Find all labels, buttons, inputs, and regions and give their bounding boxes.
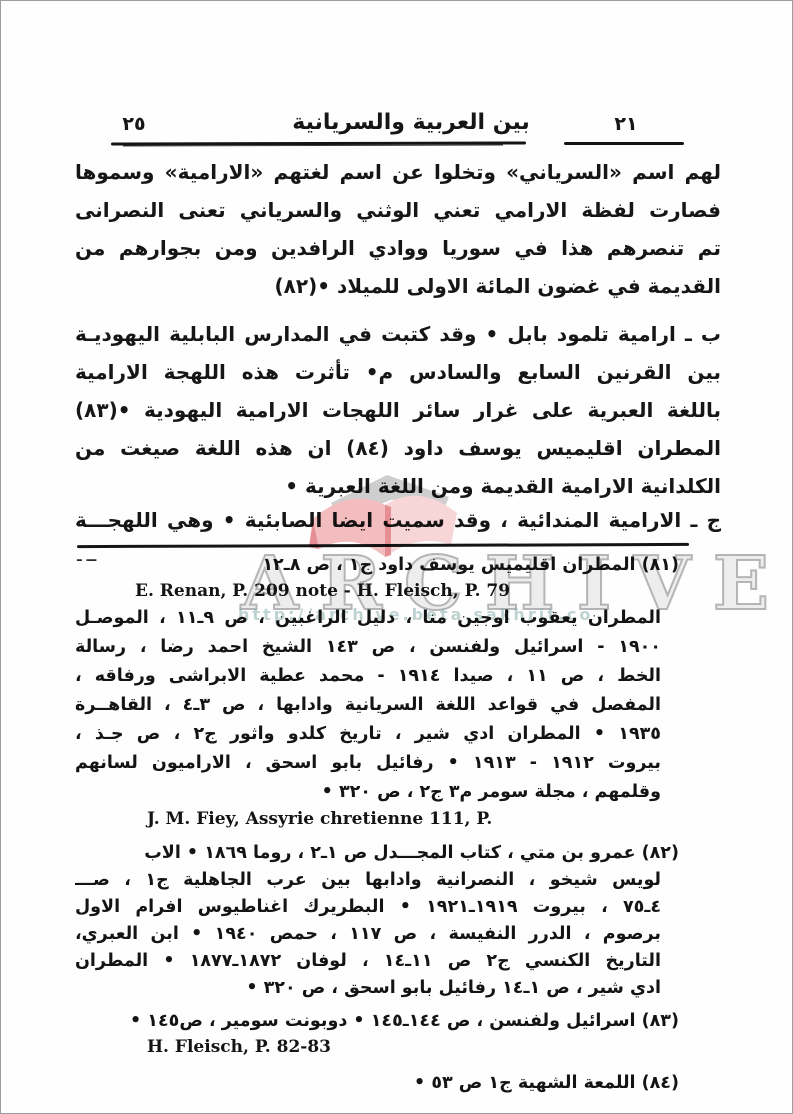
- running-title: بين العربية والسريانية: [291, 110, 531, 135]
- footnote-82-line: التاريخ الكنسي ج٢ ص ١١ـ١٤ ، لوفان ١٨٧٢ـ١…: [75, 948, 661, 975]
- footnote-82-line: ٤ـ٧٥ ، بيروت ١٩١٩ـ١٩٢١ • البطريرك اغناطي…: [75, 894, 661, 921]
- body-line: لهم اسم «السرياني» وتخلوا عن اسم لغتهم «…: [75, 153, 721, 191]
- paragraph-b: ب ـ ارامية تلمود بابل • وقد كتبت في المد…: [75, 315, 721, 505]
- body-line: المطران اقليميس يوسف داود (٨٤) ان هذه ال…: [75, 429, 721, 467]
- footnote-82-line: برصوم ، الدرر النفيسة ، ص ١١٧ ، حمص ١٩٤٠…: [75, 921, 661, 948]
- paragraph-c: ج ـ الارامية المندائية ، وقد سميت ايضا ا…: [75, 501, 721, 539]
- body-line: فصارت لفظة الارامي تعني الوثني والسرياني…: [75, 191, 721, 229]
- footnote-81-line: المفصل في قواعد اللغة السريانية وادابها …: [75, 691, 661, 720]
- footnote-81-latin-citation: J. M. Fiey, Assyrie chretienne 111, P.: [75, 807, 661, 832]
- folio-number-left: ٢٥: [109, 113, 159, 135]
- footnote-82-line: ادي شير ، ص ١ـ١٤ رفائيل بابو اسحق ، ص ٣٢…: [75, 975, 661, 1002]
- header-rule-long: [111, 141, 526, 145]
- scanned-book-page: ٢٥ بين العربية والسريانية ٢١ لهم اسم «ال…: [0, 0, 793, 1114]
- body-line: القديمة في غضون المائة الاولى للميلاد •(…: [75, 267, 721, 305]
- body-line: ج ـ الارامية المندائية ، وقد سميت ايضا ا…: [75, 501, 721, 539]
- body-line: باللغة العبرية على غرار سائر اللهجات الا…: [75, 391, 721, 429]
- footnote-separator-rule: [77, 543, 689, 548]
- footnote-81-line: وقلمهم ، مجلة سومر م٣ ج٢ ، ص ٣٢٠ •: [75, 778, 661, 807]
- footnote-81-line: (٨١) المطران اقليميس يوسف داود ج١ ، ص ٨ـ…: [75, 552, 679, 579]
- footnote-84-line: (٨٤) اللمعة الشهية ج١ ص ٥٣ •: [75, 1070, 679, 1097]
- footnote-81-line: المطران يعقوب اوجين منا ، دليل الراغبين …: [75, 604, 661, 633]
- body-line: بين القرنين السابع والسادس م• تأثرت هذه …: [75, 353, 721, 391]
- footnote-82-line: (٨٢) عمرو بن متي ، كتاب المجـــدل ص ١ـ٢ …: [75, 840, 679, 867]
- footnote-81-line: بيروت ١٩١٢ - ١٩١٣ • رفائيل بابو اسحق ، ا…: [75, 749, 661, 778]
- footnote-83-line: (٨٣) اسرائيل ولفنسن ، ص ١٤٤ـ١٤٥ • دوبونت…: [75, 1008, 679, 1035]
- footnote-81-line: ١٩٠٠ - اسرائيل ولفنسن ، ص ١٤٣ الشيخ احمد…: [75, 633, 661, 662]
- footnotes-block: (٨١) المطران اقليميس يوسف داود ج١ ، ص ٨ـ…: [75, 552, 661, 1097]
- paragraph-a: لهم اسم «السرياني» وتخلوا عن اسم لغتهم «…: [75, 153, 721, 305]
- footnote-83-latin-citation: H. Fleisch, P. 82-83: [75, 1035, 661, 1060]
- footnote-81-line: الخط ، ص ١١ ، صيدا ١٩١٤ - محمد عطية الاب…: [75, 662, 661, 691]
- body-line: ب ـ ارامية تلمود بابل • وقد كتبت في المد…: [75, 315, 721, 353]
- header-rule-short: [564, 142, 684, 145]
- footnote-82-line: لويس شيخو ، النصرانية وادابها بين عرب ال…: [75, 867, 661, 894]
- footnote-81-line: ١٩٣٥ • المطران ادي شير ، تاريخ كلدو واثو…: [75, 720, 661, 749]
- body-line: الكلدانية الارامية القديمة ومن اللغة الع…: [75, 467, 721, 505]
- footnote-81-latin-citation: E. Renan, P. 209 note - H. Fleisch, P. 7…: [75, 579, 661, 604]
- page-number-right: ٢١: [596, 113, 656, 135]
- body-line: تم تنصرهم هذا في سوريا ووادي الرافدين وم…: [75, 229, 721, 267]
